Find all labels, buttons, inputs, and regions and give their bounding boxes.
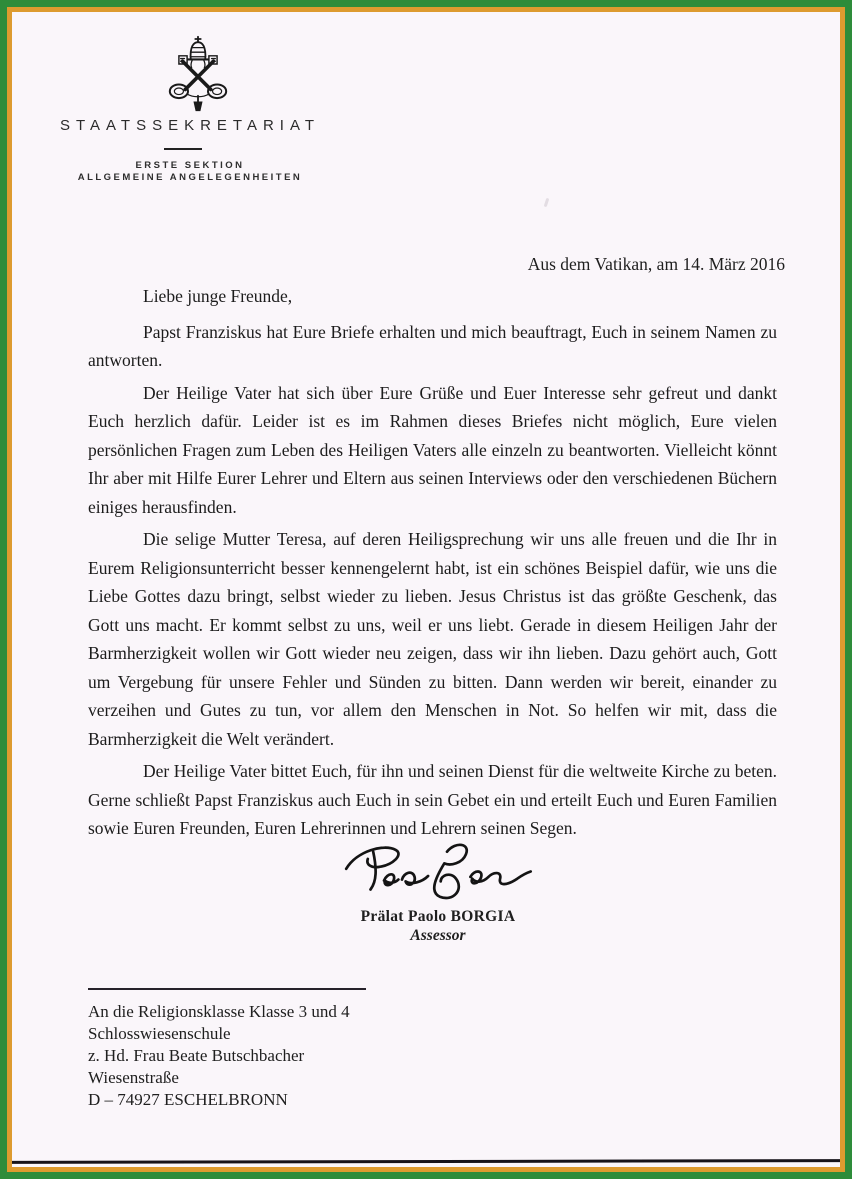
letter-page: STAATSSEKRETARIAT ERSTE SEKTION ALLGEMEI… — [0, 0, 852, 1179]
recipient-line: z. Hd. Frau Beate Butschbacher — [88, 1045, 350, 1067]
dateline: Aus dem Vatikan, am 14. März 2016 — [88, 254, 785, 275]
handwritten-signature — [338, 840, 538, 912]
recipient-line: D – 74927 ESCHELBRONN — [88, 1089, 350, 1111]
recipient-divider-line — [88, 988, 366, 990]
signature-block: Prälat Paolo BORGIA Assessor — [288, 840, 588, 945]
scan-artifact-tick — [544, 198, 550, 207]
recipient-line: Wiesenstraße — [88, 1067, 350, 1089]
salutation: Liebe junge Freunde, — [88, 282, 777, 311]
recipient-address: An die Religionsklasse Klasse 3 und 4 Sc… — [88, 1001, 350, 1111]
letterhead-title: STAATSSEKRETARIAT — [40, 117, 340, 134]
recipient-line: Schlosswiesenschule — [88, 1023, 350, 1045]
paragraph-4: Der Heilige Vater bittet Euch, für ihn u… — [88, 757, 777, 843]
letterhead-section-1: ERSTE SEKTION — [40, 160, 340, 171]
paragraph-1: Papst Franziskus hat Eure Briefe erhalte… — [88, 318, 777, 375]
recipient-line: An die Religionsklasse Klasse 3 und 4 — [88, 1001, 350, 1023]
letterhead-divider — [164, 148, 202, 150]
signatory-role: Assessor — [288, 927, 588, 945]
letter-paper: STAATSSEKRETARIAT ERSTE SEKTION ALLGEMEI… — [12, 12, 840, 1167]
scan-artifact-bottom-edge — [12, 1159, 840, 1163]
decorative-border: STAATSSEKRETARIAT ERSTE SEKTION ALLGEMEI… — [7, 7, 845, 1172]
signatory-name: Prälat Paolo BORGIA — [288, 908, 588, 926]
letterhead-section-2: ALLGEMEINE ANGELEGENHEITEN — [40, 172, 340, 183]
paragraph-2: Der Heilige Vater hat sich über Eure Grü… — [88, 379, 777, 522]
letter-body: Liebe junge Freunde, Papst Franziskus ha… — [88, 282, 777, 847]
paragraph-3: Die selige Mutter Teresa, auf deren Heil… — [88, 525, 777, 753]
vatican-crossed-keys-tiara-icon — [150, 34, 246, 114]
